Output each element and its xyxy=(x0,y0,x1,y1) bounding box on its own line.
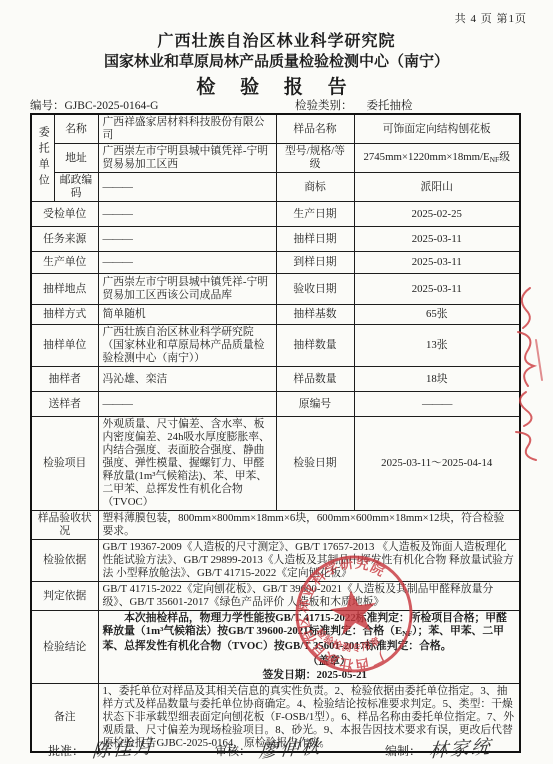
table-row: 抽样者 冯沁雄、栾洁 样品数量 18块 xyxy=(31,367,520,392)
sampling-org: 广西壮族自治区林业科学研究院（国家林业和草原局林产品质量检验检测中心（南宁）） xyxy=(98,325,276,367)
client-address: 广西崇左市宁明县城中镇凭祥-宁明贸易易加工区西 xyxy=(98,144,276,173)
prepare-label: 编制： xyxy=(385,744,421,758)
sampling-quantity: 13张 xyxy=(354,325,520,367)
row-label: 抽样基数 xyxy=(276,305,354,325)
sampling-method: 简单随机 xyxy=(98,305,276,325)
original-number: ——— xyxy=(354,392,520,417)
table-row: 抽样地点 广西崇左市宁明县城中镇凭祥-宁明贸易加工区西该公司成品库 验收日期 2… xyxy=(31,274,520,305)
review-label: 审核： xyxy=(215,744,251,758)
table-row: 样品验收状况 塑料薄膜包装，800mm×800mm×18mm×6块，600mm×… xyxy=(31,511,520,540)
review-signature-group: 审核：廖仲秋 xyxy=(215,734,322,761)
row-label: 检验日期 xyxy=(276,417,354,511)
row-label: 商标 xyxy=(276,173,354,202)
row-label: 样品名称 xyxy=(276,114,354,144)
inspected-unit: ——— xyxy=(98,202,276,227)
row-label: 原编号 xyxy=(276,392,354,417)
table-row: 任务来源 ——— 抽样日期 2025-03-11 xyxy=(31,227,520,252)
row-label: 生产日期 xyxy=(276,202,354,227)
row-label: 抽样者 xyxy=(31,367,98,392)
inspection-date-range: 2025-03-11～2025-04-14 xyxy=(354,417,520,511)
table-row: 受检单位 ——— 生产日期 2025-02-25 xyxy=(31,202,520,227)
row-label: 送样者 xyxy=(31,392,98,417)
sample-quantity: 18块 xyxy=(354,367,520,392)
report-table: 委托单位 名称 广西祥盛家居材料科技股份有限公司 样品名称 可饰面定向结构刨花板… xyxy=(30,113,521,753)
row-label: 名称 xyxy=(54,114,98,144)
acceptance-date: 2025-03-11 xyxy=(354,274,520,305)
table-row: 抽样单位 广西壮族自治区林业科学研究院（国家林业和草原局林产品质量检验检测中心（… xyxy=(31,325,520,367)
row-label: 到样日期 xyxy=(276,252,354,274)
task-source: ——— xyxy=(98,227,276,252)
row-label: 任务来源 xyxy=(31,227,98,252)
row-label: 受检单位 xyxy=(31,202,98,227)
table-row: 委托单位 名称 广西祥盛家居材料科技股份有限公司 样品名称 可饰面定向结构刨花板 xyxy=(31,114,520,144)
table-row: 检验结论 本次抽检样品，物理力学性能按GB/T 41715-2022标准判定：所… xyxy=(31,611,520,684)
sample-name: 可饰面定向结构刨花板 xyxy=(354,114,520,144)
prepare-signature-group: 编制：林家统 xyxy=(385,734,492,761)
table-row: 抽样方式 简单随机 抽样基数 65张 xyxy=(31,305,520,325)
row-label: 判定依据 xyxy=(31,582,98,611)
org-name-line2: 国家林业和草原局林产品质量检验检测中心（南宁） xyxy=(0,50,553,71)
row-label: 验收日期 xyxy=(276,274,354,305)
production-date: 2025-02-25 xyxy=(354,202,520,227)
row-label: 抽样日期 xyxy=(276,227,354,252)
row-label: 检验项目 xyxy=(31,417,98,511)
row-label: 生产单位 xyxy=(31,252,98,274)
inspection-conclusion: 本次抽检样品，物理力学性能按GB/T 41715-2022标准判定：所检项目合格… xyxy=(98,611,520,684)
sampler-names: 冯沁雄、栾洁 xyxy=(98,367,276,392)
sample-acceptance-status: 塑料薄膜包装，800mm×800mm×18mm×6块，600mm×600mm×1… xyxy=(98,511,520,540)
table-row: 生产单位 ——— 到样日期 2025-03-11 xyxy=(31,252,520,274)
row-label: 检验依据 xyxy=(31,540,98,582)
table-row: 判定依据 GB/T 41715-2022《定向刨花板》、GB/T 39600-2… xyxy=(31,582,520,611)
approve-signature: 陈佳月 xyxy=(91,732,156,764)
table-row: 检验依据 GB/T 19367-2009《人造板的尺寸测定》、GB/T 1765… xyxy=(31,540,520,582)
row-label: 邮政编码 xyxy=(54,173,98,202)
model-spec-grade: 2745mm×1220mm×18mm/ENF级 xyxy=(354,144,520,173)
review-signature: 廖仲秋 xyxy=(258,732,323,764)
row-label: 型号/规格/等级 xyxy=(276,144,354,173)
row-label: 样品验收状况 xyxy=(31,511,98,540)
org-name-line1: 广西壮族自治区林业科学研究院 xyxy=(0,28,553,51)
row-label: 地址 xyxy=(54,144,98,173)
row-label: 抽样单位 xyxy=(31,325,98,367)
sample-sender: ——— xyxy=(98,392,276,417)
trademark: 派阳山 xyxy=(354,173,520,202)
sampling-base: 65张 xyxy=(354,305,520,325)
row-label: 抽样数量 xyxy=(276,325,354,367)
page-counter: 共 4 页 第1页 xyxy=(455,10,527,26)
issue-date: 签发日期：2025-05-21 xyxy=(263,669,516,682)
table-row: 邮政编码 ——— 商标 派阳山 xyxy=(31,173,520,202)
postal-code: ——— xyxy=(98,173,276,202)
table-row: 送样者 ——— 原编号 ——— xyxy=(31,392,520,417)
sampling-location: 广西崇左市宁明县城中镇凭祥-宁明贸易加工区西该公司成品库 xyxy=(98,274,276,305)
report-number: 编号：GJBC-2025-0164-G xyxy=(30,97,158,113)
inspection-items: 外观质量、尺寸偏差、含水率、板内密度偏差、24h吸水厚度膨胀率、内结合强度、表面… xyxy=(98,417,276,511)
sampling-date: 2025-03-11 xyxy=(354,227,520,252)
report-title: 检 验 报 告 xyxy=(0,72,553,99)
inspection-report-page: { "page_info": "共 4 页 第1页", "header": { … xyxy=(0,0,553,764)
client-group-label: 委托单位 xyxy=(31,114,54,202)
producer-unit: ——— xyxy=(98,252,276,274)
arrival-date: 2025-03-11 xyxy=(354,252,520,274)
row-label: 检验结论 xyxy=(31,611,98,684)
prepare-signature: 林家统 xyxy=(428,732,493,764)
approve-label: 批准： xyxy=(48,744,84,758)
row-label: 样品数量 xyxy=(276,367,354,392)
inspection-category: 检验类别：委托抽检 xyxy=(295,97,413,113)
row-label: 抽样方式 xyxy=(31,305,98,325)
table-row: 检验项目 外观质量、尺寸偏差、含水率、板内密度偏差、24h吸水厚度膨胀率、内结合… xyxy=(31,417,520,511)
row-label: 抽样地点 xyxy=(31,274,98,305)
table-row: 地址 广西崇左市宁明县城中镇凭祥-宁明贸易易加工区西 型号/规格/等级 2745… xyxy=(31,144,520,173)
judgement-basis: GB/T 41715-2022《定向刨花板》、GB/T 39600-2021《人… xyxy=(98,582,520,611)
client-name: 广西祥盛家居材料科技股份有限公司 xyxy=(98,114,276,144)
seal-hint: （盖章） xyxy=(308,655,516,668)
approve-signature-group: 批准：陈佳月 xyxy=(48,734,155,761)
inspection-basis: GB/T 19367-2009《人造板的尺寸测定》、GB/T 17657-201… xyxy=(98,540,520,582)
